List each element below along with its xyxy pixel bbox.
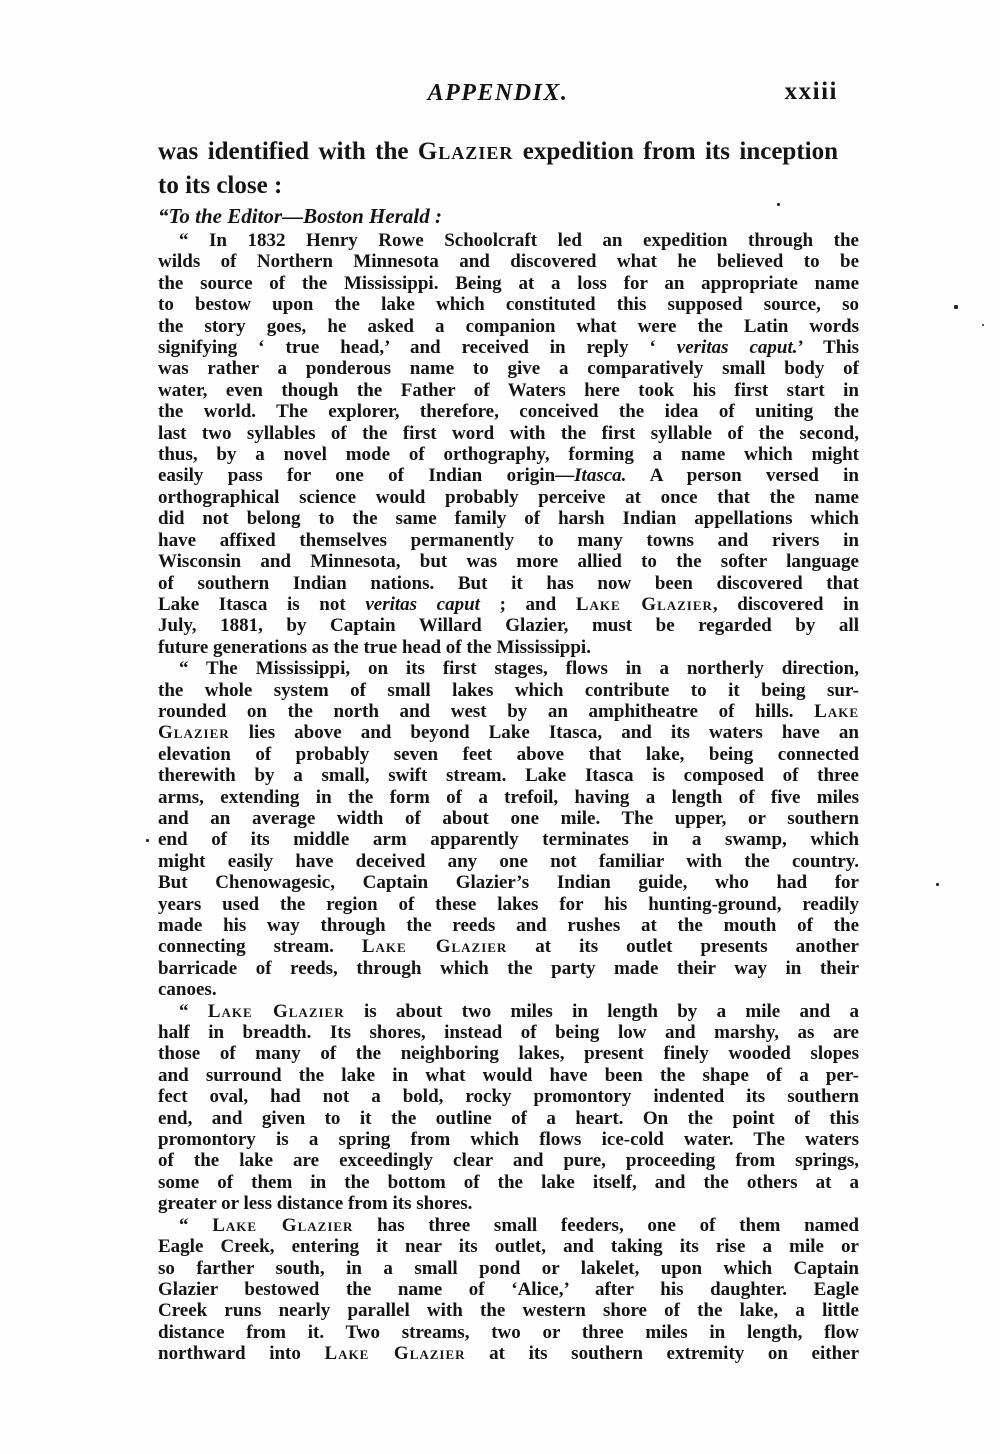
text-line: end, and given to it the outline of a he… bbox=[158, 1108, 859, 1129]
text-segment: the story goes, he asked a companion wha… bbox=[158, 316, 859, 337]
text-segment: thus, by a novel mode of orthography, fo… bbox=[158, 444, 859, 465]
text-line: wilds of Northern Minnesota and discover… bbox=[158, 251, 859, 272]
scan-speck bbox=[982, 324, 984, 326]
text-line: the story goes, he asked a companion wha… bbox=[158, 316, 859, 337]
scan-speck bbox=[777, 203, 780, 206]
text-line: promontory is a spring from which flows … bbox=[158, 1129, 859, 1150]
text-segment: future generations as the true head of t… bbox=[158, 637, 591, 658]
text-line: “ The Mississippi, on its first stages, … bbox=[158, 658, 859, 679]
text-segment: was rather a ponderous name to give a co… bbox=[158, 358, 859, 379]
text-segment: signifying ‘ true head,’ and received in… bbox=[158, 337, 677, 358]
paragraph: “ In 1832 Henry Rowe Schoolcraft led an … bbox=[158, 230, 859, 658]
text-line: thus, by a novel mode of orthography, fo… bbox=[158, 444, 859, 465]
text-line: Wisconsin and Minnesota, but was more al… bbox=[158, 551, 859, 572]
text-segment: connecting stream. bbox=[158, 936, 362, 957]
text-line: July, 1881, by Captain Willard Glazier, … bbox=[158, 615, 859, 636]
text-segment: the world. The explorer, therefore, conc… bbox=[158, 401, 859, 422]
text-segment: did not belong to the same family of har… bbox=[158, 508, 859, 529]
text-line: therewith by a small, swift stream. Lake… bbox=[158, 765, 859, 786]
text-segment: distance from it. Two streams, two or th… bbox=[158, 1322, 859, 1343]
text-line: some of them in the bottom of the lake i… bbox=[158, 1172, 859, 1193]
small-caps-text: Lake Glazier bbox=[208, 1001, 345, 1022]
text-segment: might easily have deceived any one not f… bbox=[158, 851, 859, 872]
small-caps-text: Lake bbox=[814, 701, 859, 722]
text-line: to its close : bbox=[158, 169, 838, 203]
text-line: might easily have deceived any one not f… bbox=[158, 851, 859, 872]
text-line: elevation of probably seven feet above t… bbox=[158, 744, 859, 765]
text-segment: orthographical science would probably pe… bbox=[158, 487, 859, 508]
text-segment: at its southern extremity on either bbox=[466, 1343, 859, 1364]
text-segment: But Chenowagesic, Captain Glazier’s Indi… bbox=[158, 872, 859, 893]
text-line: the source of the Mississippi. Being at … bbox=[158, 273, 859, 294]
text-line: water, even though the Father of Waters … bbox=[158, 380, 859, 401]
text-line: to bestow upon the lake which constitute… bbox=[158, 294, 859, 315]
text-segment: at its outlet presents another bbox=[507, 936, 859, 957]
italic-text: “To the Editor—Boston Herald : bbox=[158, 204, 442, 228]
text-line: half in breadth. Its shores, instead of … bbox=[158, 1022, 859, 1043]
text-segment: , discovered in bbox=[713, 594, 859, 615]
text-segment: Eagle Creek, entering it near its outlet… bbox=[158, 1236, 859, 1257]
text-line: made his way through the reeds and rushe… bbox=[158, 915, 859, 936]
intro-paragraph: was identified with the Glazier expediti… bbox=[158, 135, 838, 203]
text-segment: have affixed themselves permanently to m… bbox=[158, 530, 859, 551]
text-line: connecting stream. Lake Glazier at its o… bbox=[158, 936, 859, 957]
letter-body: “ In 1832 Henry Rowe Schoolcraft led an … bbox=[158, 230, 859, 1365]
text-segment: so farther south, in a small pond or lak… bbox=[158, 1258, 859, 1279]
text-segment: “ bbox=[179, 1001, 208, 1022]
text-line: arms, extending in the form of a trefoil… bbox=[158, 787, 859, 808]
text-line: “ Lake Glazier has three small feeders, … bbox=[158, 1215, 859, 1236]
text-line: “ Lake Glazier is about two miles in len… bbox=[158, 1001, 859, 1022]
text-segment: rounded on the north and west by an amph… bbox=[158, 701, 814, 722]
text-segment: northward into bbox=[158, 1343, 324, 1364]
paragraph: “ Lake Glazier is about two miles in len… bbox=[158, 1001, 859, 1215]
text-line: end of its middle arm apparently termina… bbox=[158, 829, 859, 850]
text-segment: fect oval, had not a bold, rocky promont… bbox=[158, 1086, 859, 1107]
text-segment: A person versed in bbox=[626, 465, 859, 486]
text-segment: the source of the Mississippi. Being at … bbox=[158, 273, 859, 294]
text-line: those of many of the neighboring lakes, … bbox=[158, 1043, 859, 1064]
text-segment: last two syllables of the first word wit… bbox=[158, 423, 859, 444]
text-segment: the whole system of small lakes which co… bbox=[158, 680, 859, 701]
text-segment: has three small feeders, one of them nam… bbox=[353, 1215, 859, 1236]
italic-text: veritas caput. bbox=[677, 337, 798, 358]
text-segment: “ bbox=[179, 1215, 212, 1236]
text-segment: some of them in the bottom of the lake i… bbox=[158, 1172, 859, 1193]
text-segment: “ The Mississippi, on its first stages, … bbox=[179, 658, 859, 679]
small-caps-text: Lake Glazier bbox=[362, 936, 507, 957]
text-segment: to its close : bbox=[158, 172, 282, 199]
text-line: and an average width of about one mile. … bbox=[158, 808, 859, 829]
text-line: easily pass for one of Indian origin—Ita… bbox=[158, 465, 859, 486]
text-line: future generations as the true head of t… bbox=[158, 637, 859, 658]
italic-text: Itasca. bbox=[574, 465, 626, 486]
text-segment: of the lake are exceedingly clear and pu… bbox=[158, 1150, 859, 1171]
text-line: and surround the lake in what would have… bbox=[158, 1065, 859, 1086]
small-caps-text: Lake Glazier bbox=[576, 594, 713, 615]
text-line: have affixed themselves permanently to m… bbox=[158, 530, 859, 551]
text-line: distance from it. Two streams, two or th… bbox=[158, 1322, 859, 1343]
page-title: APPENDIX. bbox=[158, 80, 838, 107]
text-segment: Wisconsin and Minnesota, but was more al… bbox=[158, 551, 859, 572]
text-line: Glazier bestowed the name of ‘Alice,’ af… bbox=[158, 1279, 859, 1300]
text-segment: barricade of reeds, through which the pa… bbox=[158, 958, 859, 979]
text-line: canoes. bbox=[158, 979, 859, 1000]
text-line: so farther south, in a small pond or lak… bbox=[158, 1258, 859, 1279]
text-line: Creek runs nearly parallel with the west… bbox=[158, 1300, 859, 1321]
text-segment: Creek runs nearly parallel with the west… bbox=[158, 1300, 859, 1321]
text-segment: half in breadth. Its shores, instead of … bbox=[158, 1022, 859, 1043]
text-segment: lies above and beyond Lake Itasca, and i… bbox=[230, 722, 859, 743]
text-segment: ; and bbox=[480, 594, 576, 615]
text-segment: wilds of Northern Minnesota and discover… bbox=[158, 251, 859, 272]
text-segment: therewith by a small, swift stream. Lake… bbox=[158, 765, 859, 786]
text-segment: made his way through the reeds and rushe… bbox=[158, 915, 859, 936]
text-segment: ’ This bbox=[798, 337, 859, 358]
text-segment: end, and given to it the outline of a he… bbox=[158, 1108, 859, 1129]
text-segment: water, even though the Father of Waters … bbox=[158, 380, 859, 401]
small-caps-text: Glazier bbox=[418, 138, 513, 165]
small-caps-text: Lake Glazier bbox=[212, 1215, 353, 1236]
text-line: Eagle Creek, entering it near its outlet… bbox=[158, 1236, 859, 1257]
scan-speck bbox=[954, 305, 958, 309]
text-line: rounded on the north and west by an amph… bbox=[158, 701, 859, 722]
text-line: But Chenowagesic, Captain Glazier’s Indi… bbox=[158, 872, 859, 893]
text-line: orthographical science would probably pe… bbox=[158, 487, 859, 508]
text-line: northward into Lake Glazier at its south… bbox=[158, 1343, 859, 1364]
text-line: was rather a ponderous name to give a co… bbox=[158, 358, 859, 379]
text-line: Glazier lies above and beyond Lake Itasc… bbox=[158, 722, 859, 743]
salutation-line: “To the Editor—Boston Herald : bbox=[158, 204, 859, 228]
text-line: Lake Itasca is not veritas caput ; and L… bbox=[158, 594, 859, 615]
text-line: barricade of reeds, through which the pa… bbox=[158, 958, 859, 979]
text-segment: end of its middle arm apparently termina… bbox=[158, 829, 859, 850]
text-line: “To the Editor—Boston Herald : bbox=[158, 204, 859, 228]
text-segment: elevation of probably seven feet above t… bbox=[158, 744, 859, 765]
text-segment: greater or less distance from its shores… bbox=[158, 1193, 472, 1214]
book-page: APPENDIX. xxiii was identified with the … bbox=[0, 0, 1000, 1454]
text-line: last two syllables of the first word wit… bbox=[158, 423, 859, 444]
text-line: of the lake are exceedingly clear and pu… bbox=[158, 1150, 859, 1171]
text-segment: to bestow upon the lake which constitute… bbox=[158, 294, 859, 315]
text-line: did not belong to the same family of har… bbox=[158, 508, 859, 529]
text-segment: “ In 1832 Henry Rowe Schoolcraft led an … bbox=[179, 230, 859, 251]
text-segment: easily pass for one of Indian origin— bbox=[158, 465, 574, 486]
text-segment: and surround the lake in what would have… bbox=[158, 1065, 859, 1086]
text-segment: was identified with the bbox=[158, 138, 418, 165]
text-line: greater or less distance from its shores… bbox=[158, 1193, 859, 1214]
text-line: fect oval, had not a bold, rocky promont… bbox=[158, 1086, 859, 1107]
text-line: the whole system of small lakes which co… bbox=[158, 680, 859, 701]
text-segment: July, 1881, by Captain Willard Glazier, … bbox=[158, 615, 859, 636]
small-caps-text: Lake Glazier bbox=[324, 1343, 465, 1364]
text-segment: arms, extending in the form of a trefoil… bbox=[158, 787, 859, 808]
text-segment: promontory is a spring from which flows … bbox=[158, 1129, 859, 1150]
text-line: “ In 1832 Henry Rowe Schoolcraft led an … bbox=[158, 230, 859, 251]
text-line: of southern Indian nations. But it has n… bbox=[158, 573, 859, 594]
italic-text: veritas caput bbox=[365, 594, 480, 615]
text-line: was identified with the Glazier expediti… bbox=[158, 135, 838, 169]
text-segment: expedition from its inception bbox=[513, 138, 838, 165]
text-segment: canoes. bbox=[158, 979, 217, 1000]
text-segment: and an average width of about one mile. … bbox=[158, 808, 859, 829]
text-line: years used the region of these lakes for… bbox=[158, 894, 859, 915]
scan-speck bbox=[146, 839, 149, 842]
paragraph: “ Lake Glazier has three small feeders, … bbox=[158, 1215, 859, 1365]
small-caps-text: Glazier bbox=[158, 722, 230, 743]
paragraph: “ The Mississippi, on its first stages, … bbox=[158, 658, 859, 1001]
text-segment: of southern Indian nations. But it has n… bbox=[158, 573, 859, 594]
running-head: APPENDIX. xxiii bbox=[158, 80, 838, 108]
text-segment: Glazier bestowed the name of ‘Alice,’ af… bbox=[158, 1279, 859, 1300]
text-line: signifying ‘ true head,’ and received in… bbox=[158, 337, 859, 358]
page-number: xxiii bbox=[785, 78, 838, 106]
text-block: APPENDIX. xxiii was identified with the … bbox=[158, 80, 859, 1365]
text-segment: years used the region of these lakes for… bbox=[158, 894, 859, 915]
text-segment: Lake Itasca is not bbox=[158, 594, 365, 615]
scan-speck bbox=[936, 883, 939, 886]
text-segment: those of many of the neighboring lakes, … bbox=[158, 1043, 859, 1064]
text-segment: is about two miles in length by a mile a… bbox=[345, 1001, 859, 1022]
text-line: the world. The explorer, therefore, conc… bbox=[158, 401, 859, 422]
